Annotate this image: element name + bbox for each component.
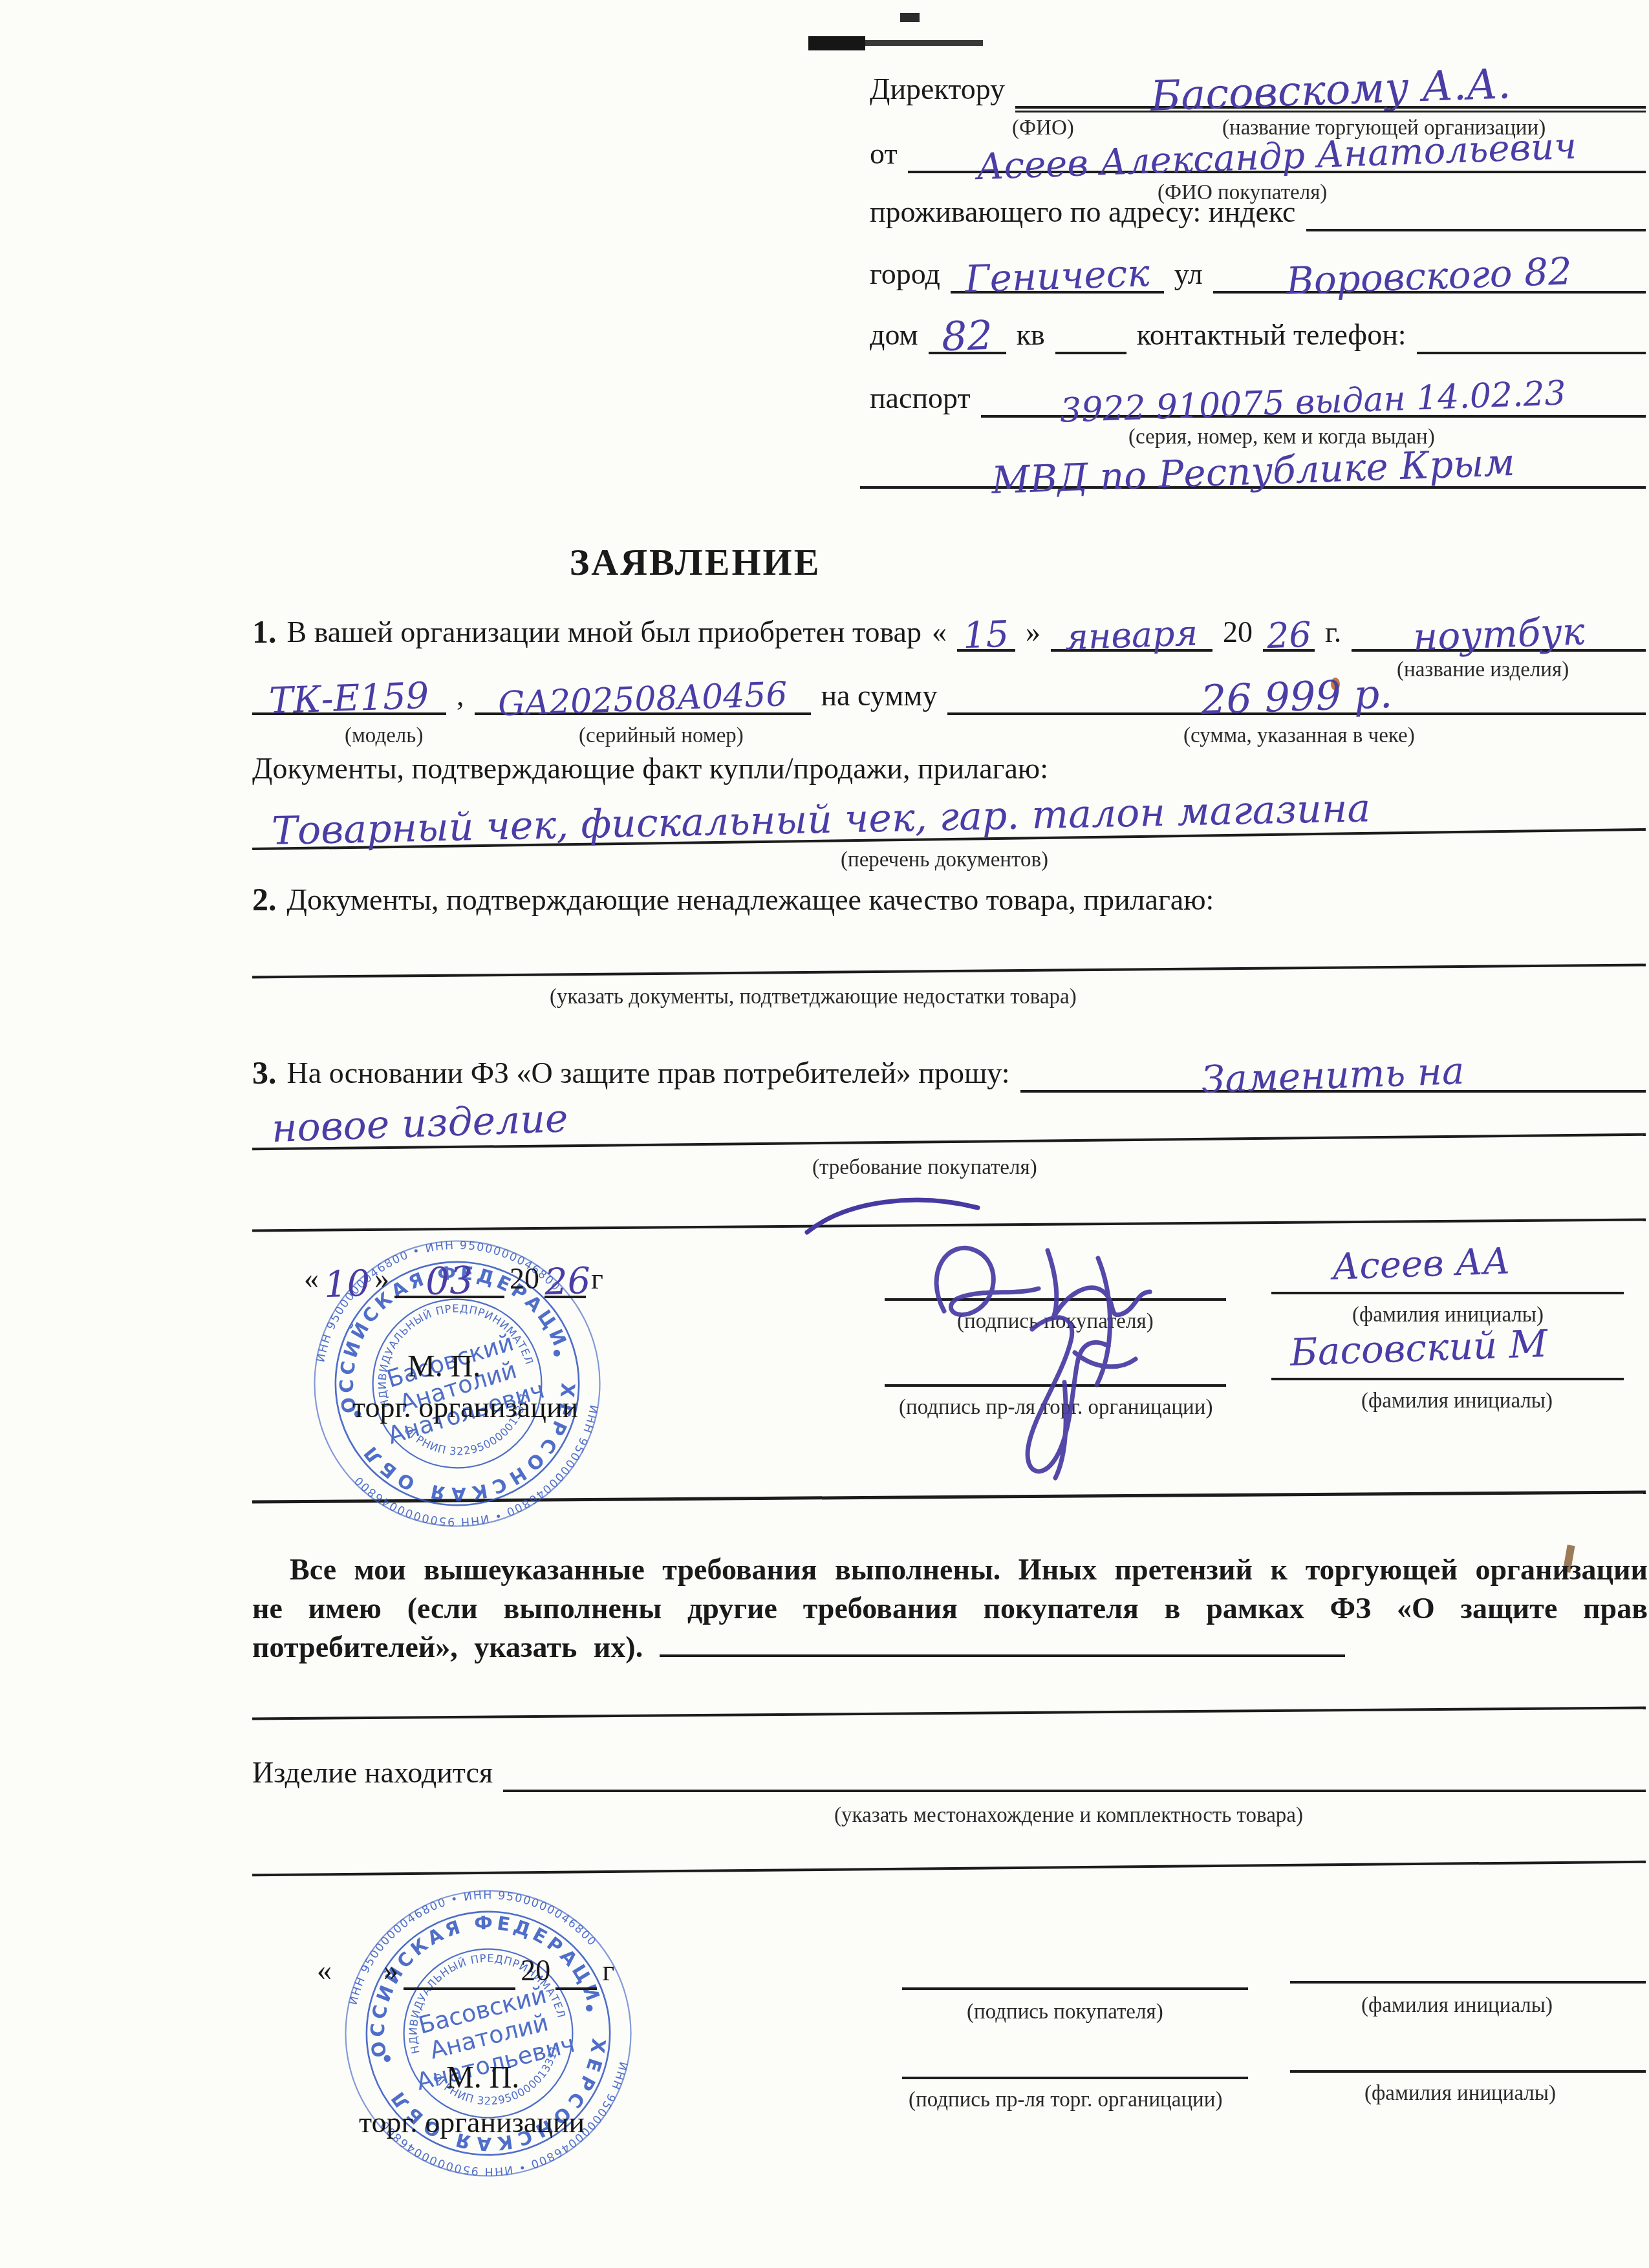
mp-label-top: М. П.	[407, 1349, 480, 1384]
seller-name-line	[1271, 1378, 1624, 1380]
date-month-blank-bottom	[404, 1987, 515, 1990]
item2-line: 2. Документы, подтверждающие ненадлежаще…	[252, 878, 1646, 919]
month-handwriting: января	[1064, 615, 1198, 655]
index-blank	[1306, 229, 1646, 231]
item2-blank-line	[252, 964, 1646, 979]
day-blank: 15	[957, 612, 1015, 652]
street-label: ул	[1174, 257, 1203, 294]
address-row: проживающего по адресу: индекс	[870, 190, 1646, 231]
quote-open: «	[317, 1953, 332, 1990]
signatures-overlay	[905, 1215, 1183, 1493]
from-handwriting: Асеев Александр Анатольевич	[976, 129, 1577, 186]
item3-text: На основании ФЗ «О защите прав потребите…	[287, 1056, 1010, 1093]
seller-name-line-bottom	[1290, 2070, 1646, 2073]
director-blank: Басовскому А.А.	[1015, 65, 1646, 109]
city-label: город	[870, 257, 940, 294]
caption-name-bottom-1: (фамилия инициалы)	[1361, 1994, 1553, 2018]
date-year-handwriting: 26	[544, 1263, 591, 1301]
director-label: Директору	[870, 72, 1005, 109]
city-blank: Геническ	[951, 252, 1164, 294]
buyer-name-line	[1271, 1292, 1624, 1294]
quote-open: «	[932, 615, 947, 652]
serial-blank: GA202508A0456	[475, 678, 811, 715]
demand-handwriting-2: новое изделие	[271, 1099, 568, 1148]
quote-close: »	[383, 1953, 398, 1990]
demand-handwriting-1: Заменить на	[1201, 1052, 1465, 1098]
caption-name-bottom-2: (фамилия инициалы)	[1364, 2082, 1556, 2106]
from-blank: Асеев Александр Анатольевич	[908, 134, 1646, 173]
apt-label: кв	[1017, 317, 1045, 354]
location-blank	[503, 1790, 1646, 1792]
caption-item2: (указать документы, подтветджающие недос…	[550, 985, 1077, 1009]
sum-blank: 26 999 р.	[947, 672, 1646, 715]
docs-handwriting: Товарный чек, фискальный чек, гар. талон…	[272, 789, 1371, 851]
house-row: дом 82 кв контактный телефон:	[870, 313, 1646, 354]
quote-close: »	[374, 1261, 389, 1298]
day-handwriting: 15	[962, 617, 1009, 654]
model-handwriting: ТК-Е159	[268, 678, 429, 720]
location-label: Изделие находится	[252, 1755, 493, 1792]
closing-text: Все мои вышеуказанные требования выполне…	[252, 1553, 1648, 1664]
location-row: Изделие находится	[252, 1751, 1646, 1792]
street-blank: Воровского 82	[1213, 252, 1646, 294]
date-year-blank: 26	[544, 1259, 586, 1298]
item3-number: 3.	[252, 1054, 277, 1093]
product-blank: ноутбук	[1352, 610, 1646, 652]
address-label: проживающего по адресу: индекс	[870, 195, 1296, 231]
passport-handwriting: 3922 910075 выдан 14.02.23	[1060, 376, 1567, 427]
item1-number: 1.	[252, 613, 277, 652]
buyer-name-line-bottom	[1290, 1981, 1646, 1984]
date-day-blank: 10	[324, 1261, 369, 1298]
house-handwriting: 82	[941, 316, 993, 358]
phone-blank	[1417, 352, 1646, 354]
buyer-name-handwriting: Асеев АА	[1331, 1243, 1511, 1286]
year-suffix: г.	[1325, 615, 1341, 652]
scan-artifact	[808, 36, 865, 50]
item1-line2: ТК-Е159 , GA202508A0456 на сумму 26 999 …	[252, 674, 1646, 715]
caption-model: (модель)	[345, 724, 423, 748]
item2-number: 2.	[252, 881, 277, 919]
house-label: дом	[870, 317, 918, 354]
demand-blank: Заменить на	[1020, 1051, 1646, 1093]
bottom-separator	[252, 1861, 1646, 1877]
director-handwriting: Басовскому А.А.	[1150, 63, 1511, 117]
item3-line1: 3. На основании ФЗ «О защите прав потреб…	[252, 1051, 1646, 1093]
date-month-blank: 03	[394, 1257, 504, 1298]
city-handwriting: Геническ	[964, 254, 1150, 298]
month-blank: января	[1051, 613, 1212, 652]
director-row: Директору Басовскому А.А.	[870, 67, 1646, 109]
year-prefix: 20	[1223, 615, 1253, 652]
apt-blank	[1055, 352, 1126, 354]
date-year-prefix: 20	[521, 1953, 550, 1990]
closing-blank	[660, 1648, 1345, 1657]
date-row-bottom: « » 20 г	[317, 1949, 614, 1990]
street-handwriting: Воровского 82	[1286, 252, 1573, 299]
from-label: от	[870, 136, 898, 173]
year-blank: 26	[1263, 613, 1315, 652]
house-blank: 82	[929, 311, 1006, 354]
closing-paragraph: Все мои вышеуказанные требования выполне…	[252, 1550, 1648, 1666]
caption-name-top-2: (фамилия инициалы)	[1361, 1389, 1553, 1413]
mp-org-label-bottom: торг. организации	[359, 2105, 585, 2139]
date-year-blank-bottom	[555, 1987, 597, 1990]
sum-label: на сумму	[821, 678, 938, 715]
caption-docs: (перечень документов)	[841, 848, 1048, 872]
model-blank: ТК-Е159	[252, 676, 446, 715]
caption-seller-sign-bottom: (подпись пр-ля торг. органицации)	[909, 2088, 1222, 2112]
seller-signature	[1028, 1318, 1136, 1478]
quote-open: «	[304, 1261, 319, 1298]
issuer-row: МВД по Республике Крым	[860, 447, 1646, 489]
serial-handwriting: GA202508A0456	[497, 678, 788, 722]
issuer-blank: МВД по Республике Крым	[860, 447, 1646, 489]
mp-org-label-top: торг. организации	[352, 1390, 578, 1424]
docs-label: Документы, подтверждающие факт купли/про…	[252, 751, 1048, 786]
passport-label: паспорт	[870, 381, 971, 418]
scanned-claim-form: Директору Басовскому А.А. (ФИО) (названи…	[0, 0, 1649, 2268]
caption-serial: (серийный номер)	[579, 724, 744, 748]
seller-name-handwriting: Басовский М	[1289, 1325, 1548, 1371]
caption-sum: (сумма, указанная в чеке)	[1183, 724, 1415, 748]
scan-artifact	[865, 40, 983, 46]
round-stamp-bottom: ИНН 9500000046800 • ИНН 9500000046800 ИН…	[296, 1841, 680, 2225]
item1-lead: В вашей организации мной был приобретен …	[287, 615, 921, 652]
comma: ,	[457, 678, 464, 715]
passport-blank: 3922 910075 выдан 14.02.23	[981, 380, 1646, 418]
date-year-suffix: г	[591, 1261, 603, 1298]
date-month-handwriting: 03	[425, 1261, 474, 1301]
mp-label-bottom: М. П.	[446, 2060, 519, 2095]
date-year-suffix: г	[602, 1953, 614, 1990]
closing-extra-line	[252, 1707, 1646, 1720]
city-row: город Геническ ул Воровского 82	[870, 252, 1646, 294]
quote-close: »	[1026, 615, 1040, 652]
page-title: ЗАЯВЛЕНИЕ	[252, 540, 1138, 584]
date-day-handwriting: 10	[323, 1266, 371, 1303]
caption-buyer-sign-bottom: (подпись покупателя)	[967, 2000, 1163, 2024]
issuer-handwriting: МВД по Республике Крым	[991, 444, 1515, 499]
buyer-sign-line-bottom	[902, 1987, 1248, 1990]
phone-label: контактный телефон:	[1137, 317, 1406, 354]
item1-line1: 1. В вашей организации мной был приобрет…	[252, 610, 1646, 652]
date-row-top: « 10 » 03 20 26 г	[304, 1257, 614, 1298]
caption-item3: (требование покупателя)	[812, 1156, 1037, 1180]
date-year-prefix: 20	[510, 1261, 539, 1298]
product-handwriting: ноутбук	[1412, 612, 1585, 656]
seller-sign-line-bottom	[902, 2077, 1248, 2079]
sum-handwriting: 26 999 р.	[1200, 674, 1393, 720]
scan-artifact	[900, 13, 920, 22]
year-handwriting: 26	[1266, 617, 1312, 654]
from-row: от Асеев Александр Анатольевич	[870, 132, 1646, 173]
caption-location: (указать местонахождение и комплектность…	[834, 1804, 1303, 1828]
passport-row: паспорт 3922 910075 выдан 14.02.23	[870, 376, 1646, 418]
item2-text: Документы, подтверждающие ненадлежащее к…	[287, 883, 1214, 919]
